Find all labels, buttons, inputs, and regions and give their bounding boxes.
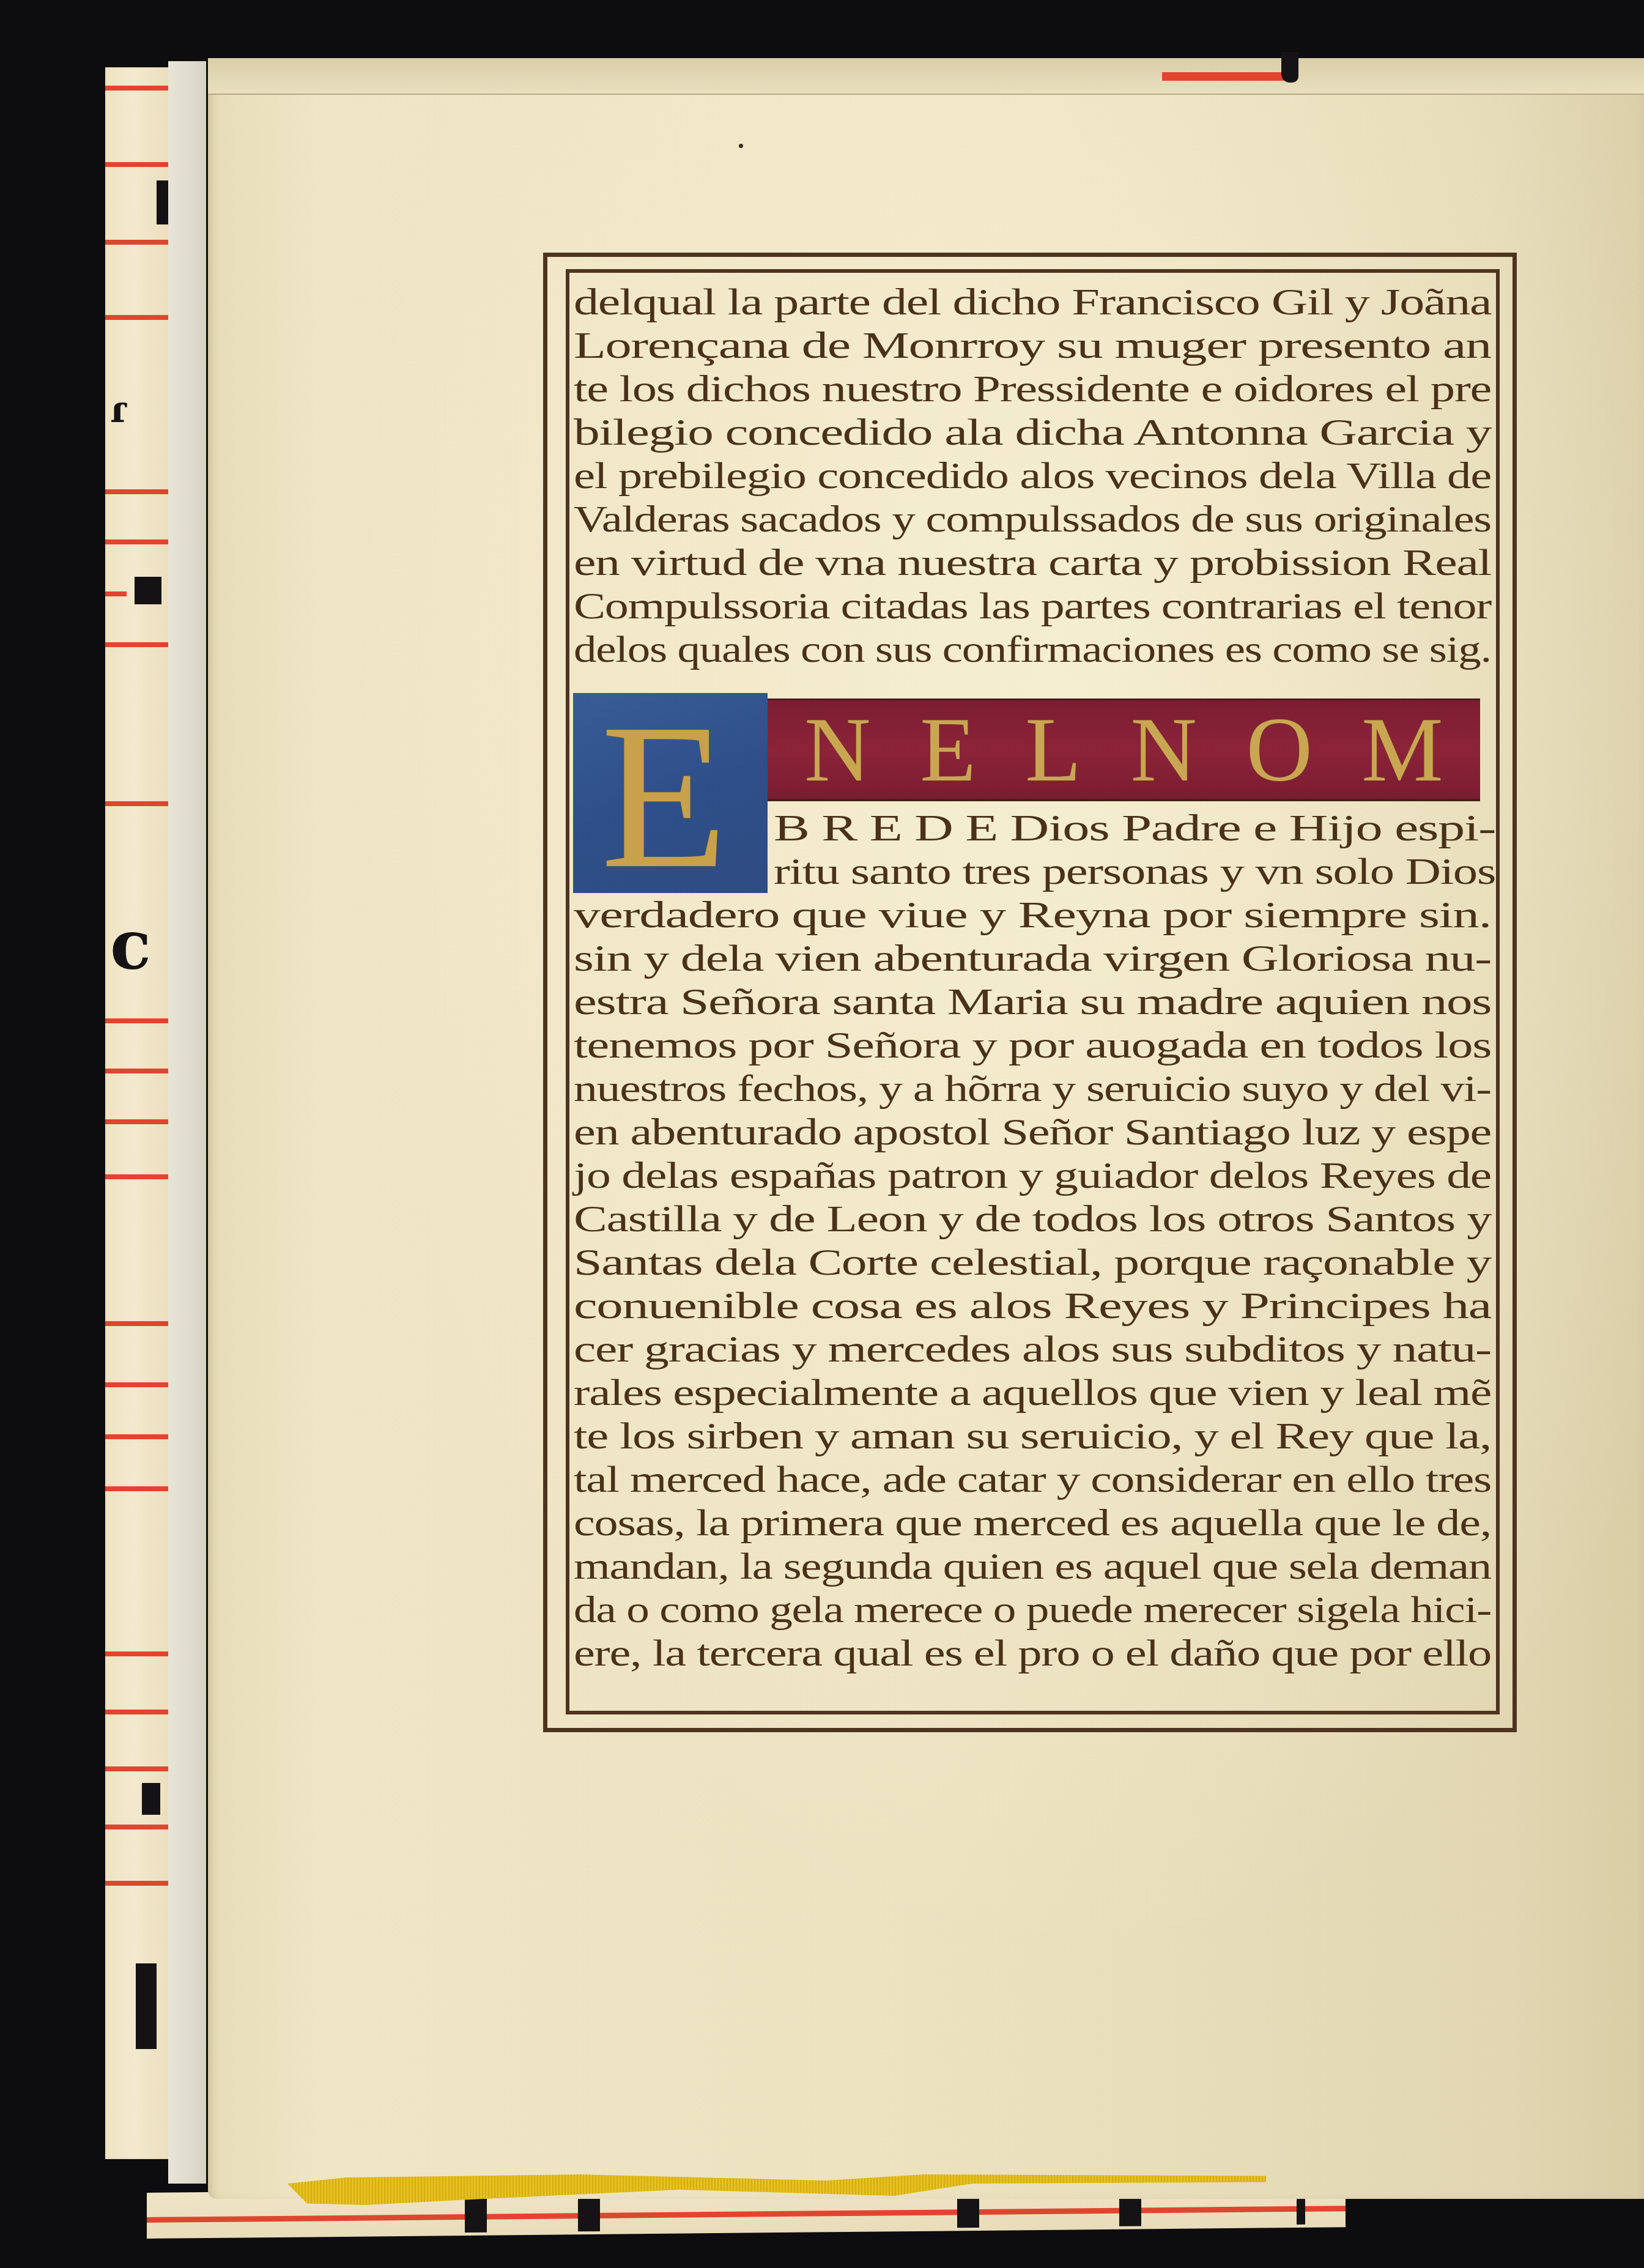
text-line: B R E D E Dios Padre e Hijo espi-	[774, 806, 1495, 850]
staff-line	[105, 1069, 177, 1073]
text-line: Lorençana de Monrroy su muger presento a…	[574, 324, 1491, 368]
staff-line	[105, 642, 177, 647]
staff-line	[105, 591, 127, 596]
text-line: Santas dela Corte celestial, porque raço…	[574, 1240, 1491, 1284]
illuminated-title-banner: N E L N O M	[768, 699, 1480, 801]
text-line: Valderas sacados y compulssados de sus o…	[574, 497, 1491, 541]
illuminated-initial: E	[573, 693, 768, 893]
staff-line	[105, 1651, 177, 1656]
c-clef-icon: c	[110, 911, 151, 979]
staff-line	[105, 162, 177, 167]
text-line: el prebilegio concedido alos vecinos del…	[574, 454, 1491, 498]
text-line: tal merced hace, ade catar y considerar …	[574, 1458, 1491, 1502]
text-line: verdadero que viue y Reyna por siempre s…	[574, 893, 1491, 937]
text-line: ere, la tercera qual es el pro o el daño…	[574, 1631, 1491, 1675]
staff-line	[105, 1710, 177, 1714]
text-line: bilegio concedido ala dicha Antonna Garc…	[574, 410, 1491, 454]
banner-letter: N	[1131, 704, 1197, 796]
text-line: da o como gela merece o puede merecer si…	[574, 1588, 1491, 1632]
text-line: mandan, la segunda quien es aquel que se…	[574, 1544, 1491, 1588]
staff-line	[105, 1174, 177, 1179]
staff-line	[105, 1321, 177, 1326]
paper-guard-strip	[168, 61, 206, 2184]
staff-line	[105, 1881, 177, 1886]
binding-top-staff-line	[1162, 72, 1290, 81]
staff-line	[105, 1382, 177, 1387]
staff-line	[105, 1766, 177, 1771]
banner-letter: L	[1025, 704, 1081, 796]
ink-speck	[739, 144, 743, 148]
staff-line	[105, 1018, 177, 1023]
text-line: Compulssoria citadas las partes contrari…	[574, 584, 1491, 628]
banner-letter: E	[920, 704, 976, 796]
staff-line	[105, 539, 177, 544]
text-line: sin y dela vien abenturada virgen Glorio…	[574, 936, 1491, 980]
binding-top-neume-icon	[1281, 52, 1298, 83]
text-line: te los dichos nuestro Pressidente e oido…	[574, 367, 1491, 411]
text-line: jo delas españas patron y guiador delos …	[574, 1154, 1491, 1198]
leaf-top-edge	[208, 58, 1644, 95]
staff-line	[105, 1434, 177, 1439]
staff-line	[105, 240, 177, 245]
staff-line	[105, 1119, 177, 1124]
staff-line	[105, 1486, 177, 1491]
banner-letter: O	[1246, 704, 1312, 796]
staff-line	[105, 489, 177, 494]
text-line: tenemos por Señora y por auogada en todo…	[574, 1023, 1491, 1067]
text-line: nuestros fechos, y a hõrra y seruicio su…	[574, 1067, 1491, 1111]
initial-letter-e: E	[601, 692, 728, 900]
binding-spine-music-fragment: ɾ c	[105, 67, 177, 2159]
neume-virga-icon	[136, 1963, 157, 2049]
staff-line	[105, 801, 177, 806]
text-line: cer gracias y mercedes alos sus subditos…	[574, 1327, 1491, 1371]
banner-letter: M	[1361, 704, 1443, 796]
staff-line	[105, 86, 177, 91]
text-line: ritu santo tres personas y vn solo Dios	[774, 850, 1495, 894]
text-line: delos quales con sus confirmaciones es c…	[574, 628, 1491, 672]
banner-letter: N	[804, 704, 870, 796]
text-line: estra Señora santa Maria su madre aquien…	[574, 980, 1491, 1024]
text-line: te los sirben y aman su seruicio, y el R…	[574, 1414, 1491, 1458]
text-line: rales especialmente a aquellos que vien …	[574, 1371, 1491, 1415]
text-line: Castilla y de Leon y de todos los otros …	[574, 1197, 1491, 1241]
staff-line	[105, 1825, 177, 1829]
clef-icon: ɾ	[110, 391, 127, 428]
text-line: en abenturado apostol Señor Santiago luz…	[574, 1110, 1491, 1154]
text-line: en virtud de vna nuestra carta y probiss…	[574, 541, 1491, 585]
text-line: conuenible cosa es alos Reyes y Principe…	[574, 1284, 1491, 1328]
text-line: cosas, la primera que merced es aquella …	[574, 1501, 1491, 1545]
staff-line	[105, 315, 177, 320]
staff-line	[147, 2206, 1346, 2223]
text-line: delqual la parte del dicho Francisco Gil…	[574, 280, 1491, 324]
neume-square-icon	[142, 1783, 160, 1815]
neume-square-icon	[135, 577, 161, 604]
